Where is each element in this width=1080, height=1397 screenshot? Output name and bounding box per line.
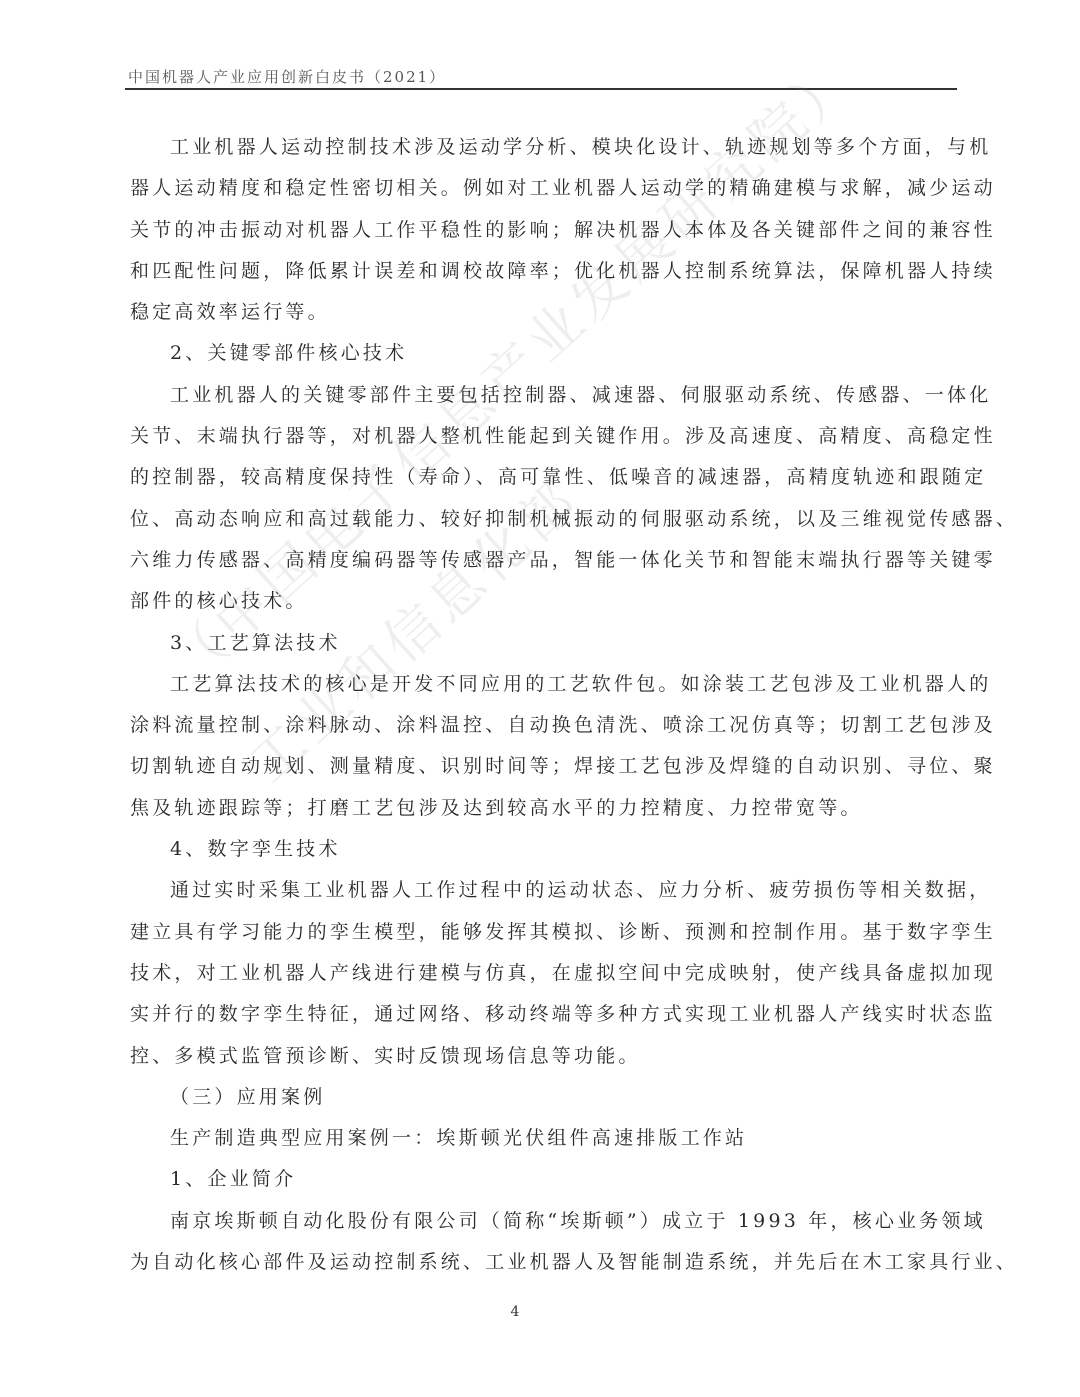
running-header: 中国机器人产业应用创新白皮书（2021） [128,66,446,87]
paragraph-line: 南京埃斯顿自动化股份有限公司（简称“埃斯顿”）成立于 1993 年，核心业务领域 [130,1201,960,1242]
header-rule [125,88,957,90]
section-heading: 4、数字孪生技术 [130,829,960,870]
paragraph-line: 切割轨迹自动规划、测量精度、识别时间等；焊接工艺包涉及焊缝的自动识别、寻位、聚 [130,746,960,787]
page-number: 4 [0,1304,1030,1320]
paragraph-line: 六维力传感器、高精度编码器等传感器产品，智能一体化关节和智能末端执行器等关键零 [130,540,960,581]
paragraph-line: 工业机器人运动控制技术涉及运动学分析、模块化设计、轨迹规划等多个方面，与机 [130,127,960,168]
section-heading: 1、企业简介 [130,1159,960,1200]
paragraph-line: 为自动化核心部件及运动控制系统、工业机器人及智能制造系统，并先后在木工家具行业、 [130,1242,960,1283]
document-page: 中国机器人产业应用创新白皮书（2021） 工业机器人运动控制技术涉及运动学分析、… [0,0,1080,1397]
document-body: 工业机器人运动控制技术涉及运动学分析、模块化设计、轨迹规划等多个方面，与机 器人… [130,127,960,1283]
paragraph-line: 位、高动态响应和高过载能力、较好抑制机械振动的伺服驱动系统，以及三维视觉传感器、 [130,499,960,540]
paragraph-line: 涂料流量控制、涂料脉动、涂料温控、自动换色清洗、喷涂工况仿真等；切割工艺包涉及 [130,705,960,746]
section-heading: 2、关键零部件核心技术 [130,333,960,374]
paragraph-line: 稳定高效率运行等。 [130,292,960,333]
case-title: 生产制造典型应用案例一：埃斯顿光伏组件高速排版工作站 [130,1118,960,1159]
paragraph-line: 部件的核心技术。 [130,581,960,622]
paragraph-line: 关节的冲击振动对机器人工作平稳性的影响；解决机器人本体及各关键部件之间的兼容性 [130,210,960,251]
paragraph-line: 的控制器，较高精度保持性（寿命）、高可靠性、低噪音的减速器，高精度轨迹和跟随定 [130,457,960,498]
paragraph-line: 关节、末端执行器等，对机器人整机性能起到关键作用。涉及高速度、高精度、高稳定性 [130,416,960,457]
paragraph-line: 通过实时采集工业机器人工作过程中的运动状态、应力分析、疲劳损伤等相关数据， [130,870,960,911]
paragraph-line: 建立具有学习能力的孪生模型，能够发挥其模拟、诊断、预测和控制作用。基于数字孪生 [130,912,960,953]
paragraph-line: 工业机器人的关键零部件主要包括控制器、减速器、伺服驱动系统、传感器、一体化 [130,375,960,416]
paragraph-line: 器人运动精度和稳定性密切相关。例如对工业机器人运动学的精确建模与求解，减少运动 [130,168,960,209]
paragraph-line: 和匹配性问题，降低累计误差和调校故障率；优化机器人控制系统算法，保障机器人持续 [130,251,960,292]
paragraph-line: 焦及轨迹跟踪等；打磨工艺包涉及达到较高水平的力控精度、力控带宽等。 [130,788,960,829]
paragraph-line: 技术，对工业机器人产线进行建模与仿真，在虚拟空间中完成映射，使产线具备虚拟加现 [130,953,960,994]
section-heading: 3、工艺算法技术 [130,623,960,664]
paragraph-line: 控、多模式监管预诊断、实时反馈现场信息等功能。 [130,1036,960,1077]
section-heading: （三）应用案例 [130,1077,960,1118]
paragraph-line: 实并行的数字孪生特征，通过网络、移动终端等多种方式实现工业机器人产线实时状态监 [130,994,960,1035]
paragraph-line: 工艺算法技术的核心是开发不同应用的工艺软件包。如涂装工艺包涉及工业机器人的 [130,664,960,705]
